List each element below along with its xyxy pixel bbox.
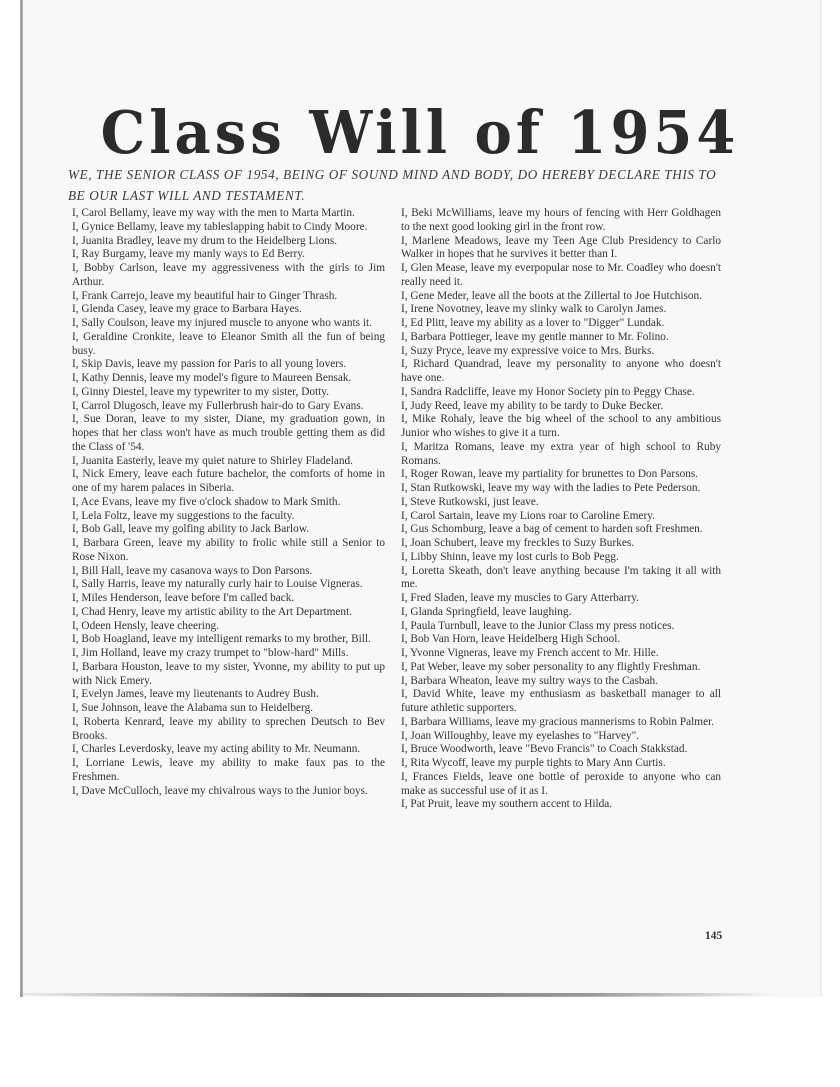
will-entry: I, Charles Leverdosky, leave my acting a… [72,743,385,757]
will-entry: I, Glenda Casey, leave my grace to Barba… [72,303,385,317]
will-entry: I, Carol Bellamy, leave my way with the … [72,207,385,221]
right-column: I, Beki McWilliams, leave my hours of fe… [401,207,721,812]
will-entry: I, Rita Wycoff, leave my purple tights t… [401,757,721,771]
will-entry: I, Suzy Pryce, leave my expressive voice… [401,345,721,359]
will-entry: I, Joan Willoughby, leave my eyelashes t… [401,730,721,744]
will-entry: I, Paula Turnbull, leave to the Junior C… [401,620,721,634]
will-entry: I, Dave McCulloch, leave my chivalrous w… [72,785,385,799]
will-entry: I, Barbara Houston, leave to my sister, … [72,661,385,689]
will-entry: I, Odeen Hensly, leave cheering. [72,620,385,634]
will-entry: I, Juanita Bradley, leave my drum to the… [72,235,385,249]
will-entry: I, Frances Fields, leave one bottle of p… [401,771,721,799]
will-entry: I, Carol Sartain, leave my Lions roar to… [401,510,721,524]
will-entry: I, Libby Shinn, leave my lost curls to B… [401,551,721,565]
left-column: I, Carol Bellamy, leave my way with the … [72,207,385,798]
will-entry: I, Mike Rohaly, leave the big wheel of t… [401,413,721,441]
will-entry: I, Steve Rutkowski, just leave. [401,496,721,510]
will-entry: I, Bill Hall, leave my casanova ways to … [72,565,385,579]
will-entry: I, Geraldine Cronkite, leave to Eleanor … [72,331,385,359]
will-entry: I, Yvonne Vigneras, leave my French acce… [401,647,721,661]
will-entry: I, Bruce Woodworth, leave "Bevo Francis"… [401,743,721,757]
will-entry: I, Bob Hoagland, leave my intelligent re… [72,633,385,647]
will-entry: I, Sandra Radcliffe, leave my Honor Soci… [401,386,721,400]
will-entry: I, Frank Carrejo, leave my beautiful hai… [72,290,385,304]
will-entry: I, Maritza Romans, leave my extra year o… [401,441,721,469]
will-entry: I, Miles Henderson, leave before I'm cal… [72,592,385,606]
page-title: Class Will of 1954 [0,98,840,167]
will-entry: I, Gene Meder, leave all the boots at th… [401,290,721,304]
will-entry: I, Barbara Williams, leave my gracious m… [401,716,721,730]
page-number: 145 [705,930,722,942]
will-entry: I, Richard Quandrad, leave my personalit… [401,358,721,386]
will-entry: I, Bobby Carlson, leave my aggressivenes… [72,262,385,290]
will-entry: I, Sue Johnson, leave the Alabama sun to… [72,702,385,716]
will-entry: I, Bob Gall, leave my golfing ability to… [72,523,385,537]
will-entry: I, Loretta Skeath, don't leave anything … [401,565,721,593]
will-entry: I, Sue Doran, leave to my sister, Diane,… [72,413,385,454]
will-entry: I, Sally Harris, leave my naturally curl… [72,578,385,592]
will-entry: I, Marlene Meadows, leave my Teen Age Cl… [401,235,721,263]
will-entry: I, Pat Pruit, leave my southern accent t… [401,798,721,812]
will-entry: I, Irene Novotney, leave my slinky walk … [401,303,721,317]
will-entry: I, Roberta Kenrard, leave my ability to … [72,716,385,744]
will-entry: I, Ace Evans, leave my five o'clock shad… [72,496,385,510]
page-bottom-edge [20,993,780,997]
will-entry: I, Carrol Dlugosch, leave my Fullerbrush… [72,400,385,414]
will-entry: I, Barbara Wheaton, leave my sultry ways… [401,675,721,689]
will-entry: I, Joan Schubert, leave my freckles to S… [401,537,721,551]
will-entry: I, Gus Schomburg, leave a bag of cement … [401,523,721,537]
will-entry: I, Nick Emery, leave each future bachelo… [72,468,385,496]
will-entry: I, Lela Foltz, leave my suggestions to t… [72,510,385,524]
will-entry: I, Juanita Easterly, leave my quiet natu… [72,455,385,469]
will-entry: I, Judy Reed, leave my ability to be tar… [401,400,721,414]
will-entry: I, Barbara Pottieger, leave my gentle ma… [401,331,721,345]
will-entry: I, David White, leave my enthusiasm as b… [401,688,721,716]
will-entry: I, Gynice Bellamy, leave my tableslappin… [72,221,385,235]
will-entry: I, Stan Rutkowski, leave my way with the… [401,482,721,496]
will-entry: I, Jim Holland, leave my crazy trumpet t… [72,647,385,661]
will-entry: I, Sally Coulson, leave my injured muscl… [72,317,385,331]
will-entry: I, Evelyn James, leave my lieutenants to… [72,688,385,702]
will-entry: I, Beki McWilliams, leave my hours of fe… [401,207,721,235]
will-entry: I, Ginny Diestel, leave my typewriter to… [72,386,385,400]
will-entry: I, Skip Davis, leave my passion for Pari… [72,358,385,372]
will-entry: I, Ray Burgamy, leave my manly ways to E… [72,248,385,262]
will-entry: I, Fred Sladen, leave my muscles to Gary… [401,592,721,606]
preamble: We, the Senior Class of 1954, being of s… [68,164,728,206]
will-entry: I, Bob Van Horn, leave Heidelberg High S… [401,633,721,647]
will-entry: I, Roger Rowan, leave my partiality for … [401,468,721,482]
will-entry: I, Glanda Springfield, leave laughing. [401,606,721,620]
will-entry: I, Kathy Dennis, leave my model's figure… [72,372,385,386]
will-entry: I, Pat Weber, leave my sober personality… [401,661,721,675]
will-entry: I, Lorriane Lewis, leave my ability to m… [72,757,385,785]
will-entry: I, Ed Plitt, leave my ability as a lover… [401,317,721,331]
will-entry: I, Barbara Green, leave my ability to fr… [72,537,385,565]
will-entry: I, Glen Mease, leave my everpopular nose… [401,262,721,290]
will-entry: I, Chad Henry, leave my artistic ability… [72,606,385,620]
